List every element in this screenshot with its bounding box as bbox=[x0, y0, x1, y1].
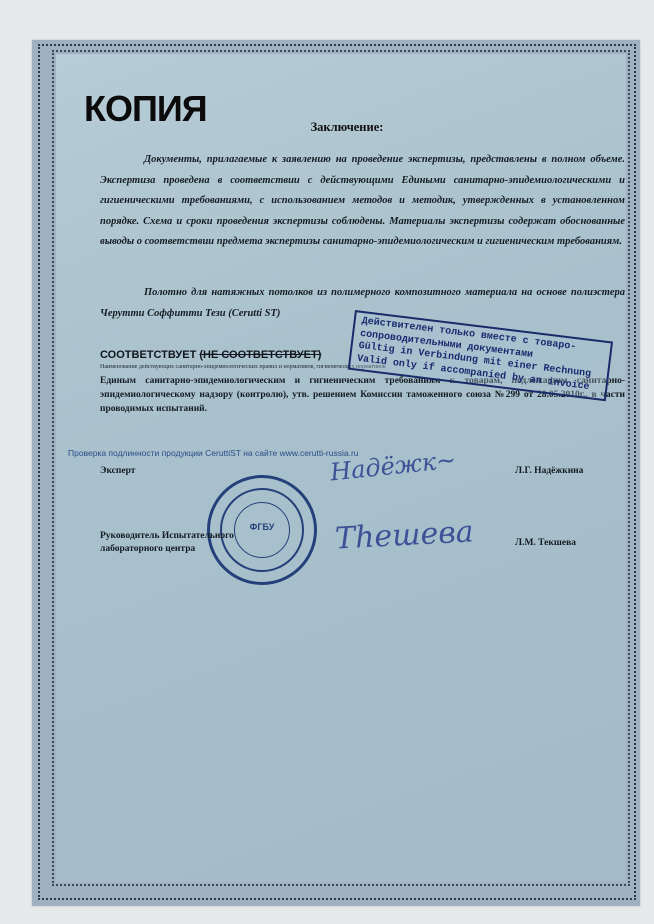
struck-alternative: (НЕ СООТВЕТСТВУЕТ) bbox=[199, 349, 321, 361]
conclusion-paragraph: Документы, прилагаемые к заявлению на пр… bbox=[100, 150, 625, 253]
expert-name: Л.Г. Надёжкина bbox=[515, 466, 583, 476]
document-heading: Заключение: bbox=[0, 120, 654, 135]
expert-role: Эксперт bbox=[100, 466, 135, 476]
head-signature: Тhешевa bbox=[334, 514, 474, 556]
conformity-status-text: СООТВЕТСТВУЕТ bbox=[100, 349, 196, 361]
head-role: Руководитель Испытательного лабораторног… bbox=[100, 530, 270, 556]
conformity-status: СООТВЕТСТВУЕТ (НЕ СООТВЕТСТВУЕТ) bbox=[100, 349, 321, 361]
verification-note: Проверка подлинности продукции CeruttiST… bbox=[68, 448, 359, 458]
head-name: Л.М. Текшева bbox=[515, 538, 576, 548]
